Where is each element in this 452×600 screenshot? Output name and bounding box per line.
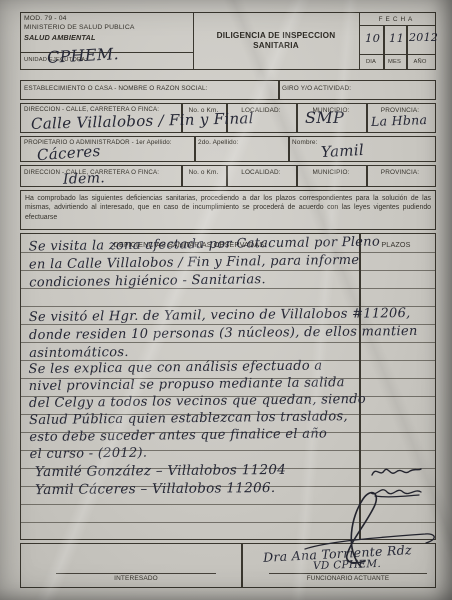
header-left-block: MOD. 79 - 04 MINISTERIO DE SALUD PUBLICA… bbox=[21, 13, 194, 69]
provincia-value-handwritten: La Hbna bbox=[371, 112, 428, 129]
provincia-label-2: PROVINCIA: bbox=[366, 169, 434, 176]
nombre-value-handwritten: Yamil bbox=[321, 141, 365, 161]
scanned-inspection-form: MOD. 79 - 04 MINISTERIO DE SALUD PUBLICA… bbox=[0, 0, 452, 600]
direccion2-value-handwritten: Idem. bbox=[63, 170, 106, 187]
notice-box: Ha comprobado las siguientes deficiencia… bbox=[20, 190, 436, 230]
form-header: MOD. 79 - 04 MINISTERIO DE SALUD PUBLICA… bbox=[20, 12, 436, 70]
localidad-label-2: LOCALIDAD: bbox=[226, 169, 296, 176]
giro-label: GIRO Y/O ACTIVIDAD: bbox=[282, 85, 351, 92]
no-km-label-2: No. o Km. bbox=[181, 169, 226, 176]
observation-paragraph-3: Se les explica que con análisis efectuad… bbox=[28, 357, 366, 463]
fecha-block: FECHA 10 11 2012 DIA MES AÑO bbox=[359, 13, 435, 69]
funcionario-signature-line bbox=[269, 573, 427, 574]
resident-names-list: Yamilé González – Villalobos 11204 Yamil… bbox=[35, 462, 287, 500]
fecha-dia-value: 10 bbox=[365, 31, 380, 45]
funcionario-label: FUNCIONARIO ACTUANTE bbox=[269, 575, 427, 582]
notice-text: Ha comprobado las siguientes deficiencia… bbox=[25, 194, 431, 222]
propietario-value-handwritten: Cáceres bbox=[36, 142, 101, 164]
form-title: DILIGENCIA DE INSPECCION SANITARIA bbox=[212, 31, 340, 51]
mod-number: MOD. 79 - 04 bbox=[24, 15, 67, 22]
observation-paragraph-2: Se visitó el Hgr. de Yamil, vecino de Vi… bbox=[29, 306, 418, 364]
row-propietario: PROPIETARIO O ADMINISTRADOR - 1er Apelli… bbox=[20, 136, 436, 162]
unit-value-handwritten: CPHEM. bbox=[47, 44, 120, 67]
signature-flourish-icon bbox=[295, 487, 445, 573]
fecha-mes-value: 11 bbox=[389, 31, 404, 45]
observation-paragraph-1: Se visita la zona afectada por Catacumal… bbox=[29, 235, 381, 294]
fecha-labels-row: DIA MES AÑO bbox=[359, 54, 435, 69]
signature-icon bbox=[369, 464, 423, 480]
row-direccion-2: DIRECCION - CALLE, CARRETERA O FINCA: No… bbox=[20, 165, 436, 187]
fecha-label: FECHA bbox=[359, 13, 435, 26]
header-title-block: DILIGENCIA DE INSPECCION SANITARIA bbox=[193, 13, 360, 69]
resident-name-line: Yamil Cáceres – Villalobos 11206. bbox=[35, 480, 286, 500]
fecha-ano-value: 2012 bbox=[409, 31, 438, 44]
interesado-label: INTERESADO bbox=[56, 575, 216, 582]
municipio-value-handwritten: SMP bbox=[305, 108, 344, 127]
nombre-label: Nombre: bbox=[292, 139, 318, 146]
department-name: SALUD AMBIENTAL bbox=[24, 33, 96, 42]
establecimiento-label: ESTABLECIMIENTO O CASA - NOMBRE O RAZON … bbox=[24, 85, 208, 92]
fecha-mes-label: MES bbox=[383, 59, 406, 65]
interesado-signature-line bbox=[56, 573, 216, 574]
fecha-dia-label: DIA bbox=[359, 59, 383, 65]
row-establecimiento: ESTABLECIMIENTO O CASA - NOMBRE O RAZON … bbox=[20, 80, 436, 100]
municipio-label-2: MUNICIPIO: bbox=[296, 169, 366, 176]
row-direccion-1: DIRECCION - CALLE, CARRETERA O FINCA: No… bbox=[20, 103, 436, 133]
fecha-ano-label: AÑO bbox=[406, 59, 434, 65]
resident-name-line: Yamilé González – Villalobos 11204 bbox=[35, 462, 286, 482]
fecha-values-row: 10 11 2012 bbox=[359, 26, 435, 55]
ministry-name: MINISTERIO DE SALUD PUBLICA bbox=[24, 24, 135, 31]
apellido2-label: 2do. Apellido: bbox=[198, 139, 238, 146]
